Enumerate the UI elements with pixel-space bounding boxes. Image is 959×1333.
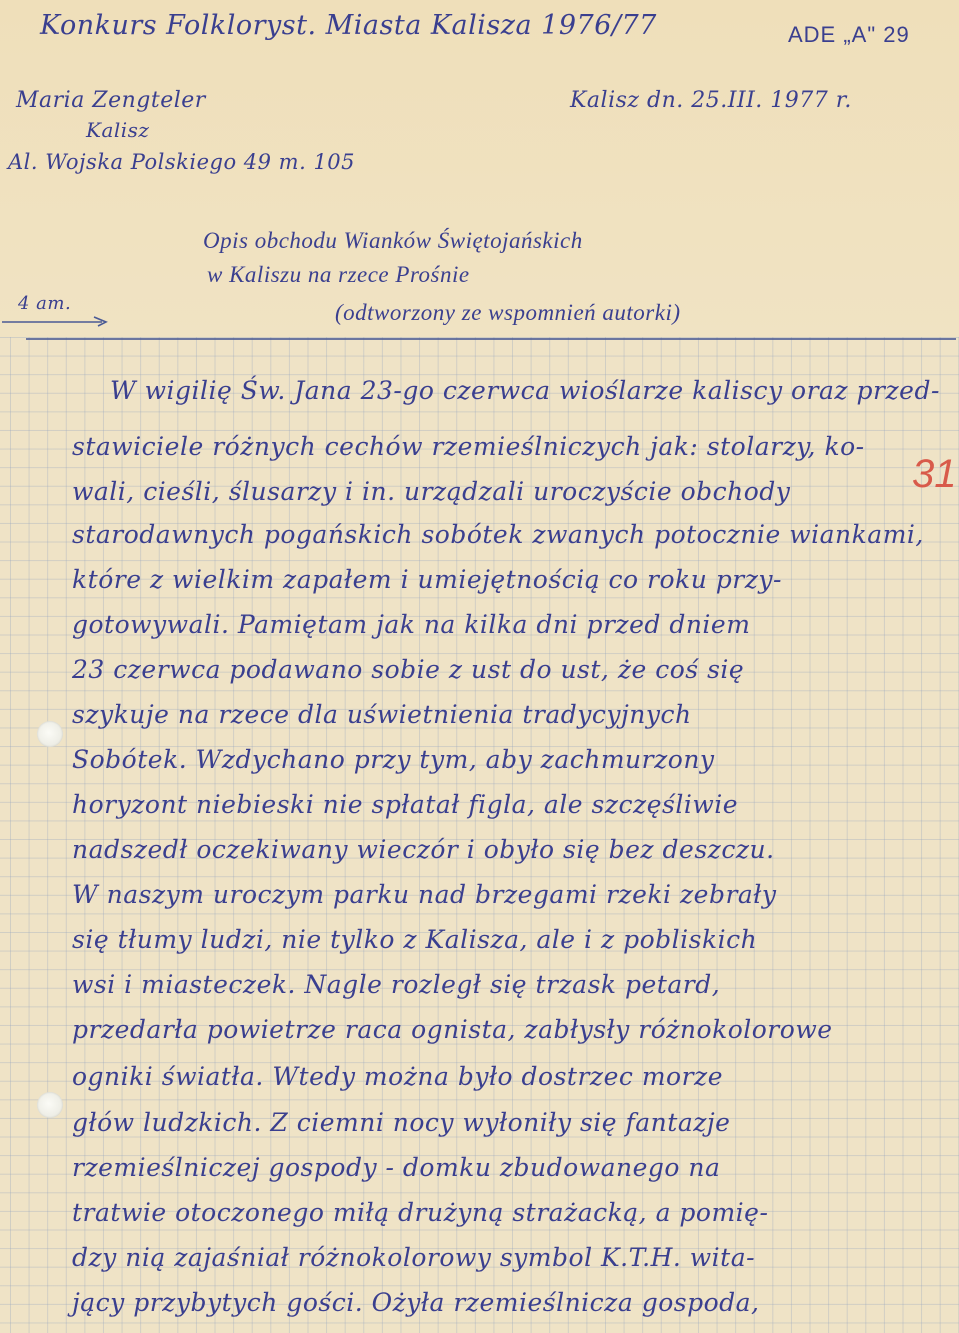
body-line: horyzont niebieski nie spłatał figla, al… (72, 790, 738, 819)
contest-title: Konkurs Folkloryst. Miasta Kalisza 1976/… (40, 10, 657, 41)
body-line: ogniki światła. Wtedy można było dostrze… (72, 1062, 723, 1091)
archive-code: ADE „A" 29 (788, 22, 910, 48)
author-name: Maria Zengteler (16, 88, 206, 113)
document-title-line-3: (odtworzony ze wspomnień autorki) (335, 300, 681, 326)
body-line: gotowywali. Pamiętam jak na kilka dni pr… (72, 610, 750, 639)
punch-hole-top (37, 721, 63, 747)
arrow-icon (2, 315, 112, 327)
body-line: nadszedł oczekiwany wieczór i obyło się … (72, 835, 775, 864)
place-date: Kalisz dn. 25.III. 1977 r. (570, 88, 852, 113)
body-line: rzemieślniczej gospody - domku zbudowane… (72, 1153, 720, 1182)
document-title-line-1: Opis obchodu Wianków Świętojańskich (203, 228, 583, 254)
body-line: jący przybytych gości. Ożyła rzemieślnic… (72, 1288, 760, 1317)
body-line: W naszym uroczym parku nad brzegami rzek… (72, 880, 777, 909)
margin-note: 4 am. (18, 293, 71, 314)
body-line: szykuje na rzece dla uświetnienia tradyc… (72, 700, 692, 729)
body-line: dzy nią zajaśniał różnokolorowy symbol K… (72, 1243, 755, 1272)
author-city: Kalisz (86, 118, 149, 142)
body-line: się tłumy ludzi, nie tylko z Kalisza, al… (72, 925, 757, 954)
body-line: 23 czerwca podawano sobie z ust do ust, … (72, 655, 744, 684)
document-title-line-2: w Kaliszu na rzece Prośnie (207, 262, 470, 288)
author-address: Al. Wojska Polskiego 49 m. 105 (8, 150, 355, 174)
body-line: W wigilię Św. Jana 23-go czerwca wioślar… (110, 376, 940, 405)
body-line: stawiciele różnych cechów rzemieślniczyc… (72, 432, 865, 461)
header-rule (26, 338, 956, 340)
body-line: tratwie otoczonego miłą drużyną strażack… (72, 1198, 768, 1227)
body-line: starodawnych pogańskich sobótek zwanych … (72, 520, 924, 549)
body-line: Sobótek. Wzdychano przy tym, aby zachmur… (72, 745, 715, 774)
body-line: które z wielkim zapałem i umiejętnością … (72, 565, 782, 594)
body-line: wsi i miasteczek. Nagle rozległ się trza… (72, 970, 720, 999)
punch-hole-bottom (37, 1092, 63, 1118)
document-page: Konkurs Folkloryst. Miasta Kalisza 1976/… (0, 0, 959, 1333)
body-line: przedarła powietrze raca ognista, zabłys… (72, 1015, 833, 1044)
body-line: wali, cieśli, ślusarzy i in. urządzali u… (72, 477, 790, 506)
page-number: 31 (912, 452, 957, 497)
body-line: głów ludzkich. Z ciemni nocy wyłoniły si… (72, 1108, 730, 1137)
